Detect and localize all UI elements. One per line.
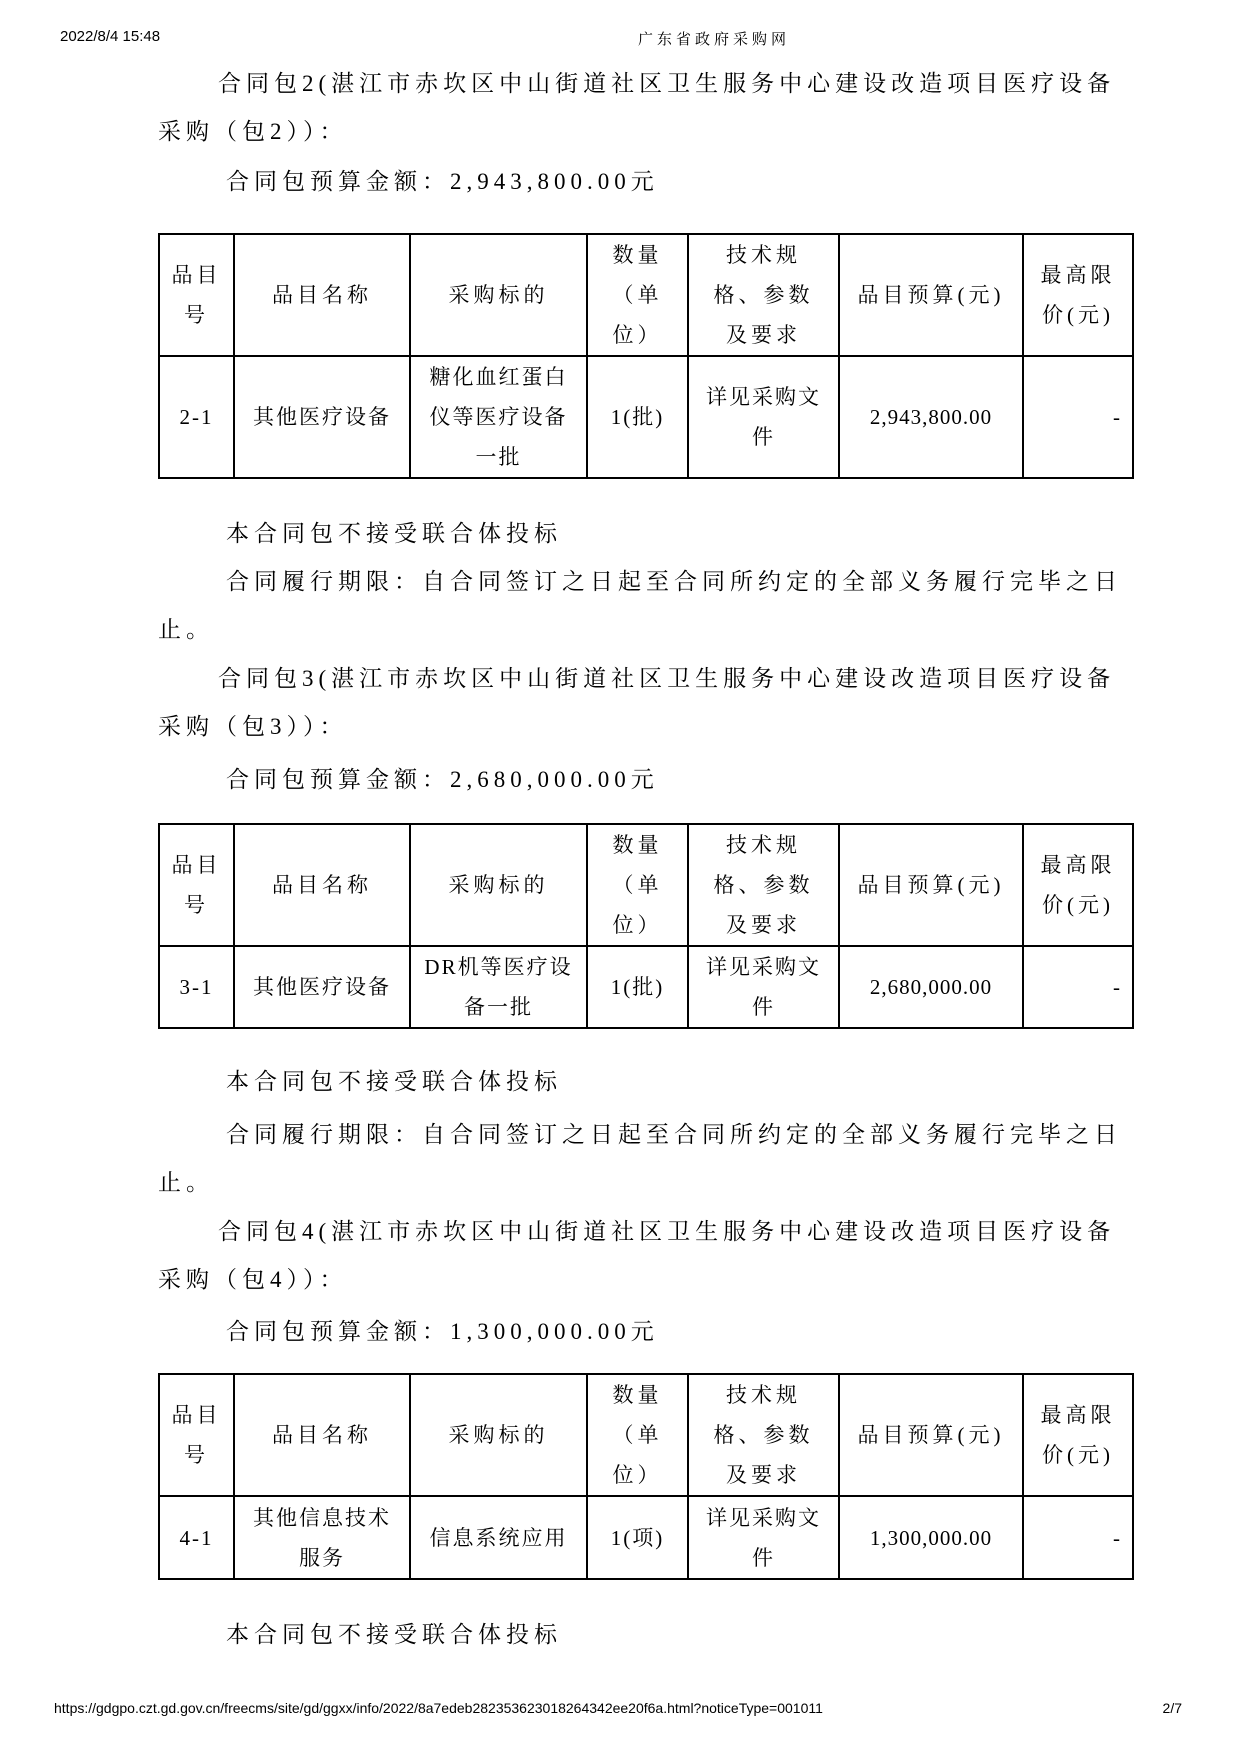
package4-budget: 合同包预算金额：1,300,000.00元 (158, 1308, 1143, 1356)
cell-item-name: 其他医疗设备 (234, 946, 410, 1028)
print-page-number: 2/7 (1163, 1700, 1182, 1716)
cell-item-no: 2-1 (159, 356, 234, 478)
cell-quantity: 1(批) (587, 356, 688, 478)
cell-subject: 信息系统应用 (410, 1496, 587, 1579)
cell-price-limit: - (1023, 1496, 1133, 1579)
cell-budget: 1,300,000.00 (839, 1496, 1023, 1579)
package2-no-consortium-note: 本合同包不接受联合体投标 (158, 510, 1143, 558)
col-header-price-limit: 最高限 价(元) (1023, 824, 1133, 946)
package3-no-consortium-note: 本合同包不接受联合体投标 (158, 1058, 1143, 1106)
col-header-quantity: 数量 （单 位） (587, 1374, 688, 1496)
col-header-spec: 技术规 格、参数 及要求 (688, 234, 839, 356)
col-header-price-limit: 最高限 价(元) (1023, 234, 1133, 356)
col-header-item-name: 品目名称 (234, 234, 410, 356)
col-header-item-no: 品目 号 (159, 824, 234, 946)
cell-subject: DR机等医疗设 备一批 (410, 946, 587, 1028)
package2-performance-period: 合同履行期限：自合同签订之日起至合同所约定的全部义务履行完毕之日 止。 (158, 558, 1143, 654)
table-row: 4-1 其他信息技术 服务 信息系统应用 1(项) 详见采购文 件 1,300,… (159, 1496, 1133, 1579)
cell-quantity: 1(项) (587, 1496, 688, 1579)
package2-budget: 合同包预算金额：2,943,800.00元 (158, 158, 1143, 206)
col-header-budget: 品目预算(元) (839, 1374, 1023, 1496)
table-row: 2-1 其他医疗设备 糖化血红蛋白 仪等医疗设备 一批 1(批) 详见采购文 件… (159, 356, 1133, 478)
table-header-row: 品目 号 品目名称 采购标的 数量 （单 位） 技术规 格、参数 及要求 品目预… (159, 824, 1133, 946)
cell-spec: 详见采购文 件 (688, 946, 839, 1028)
package4-heading: 合同包4(湛江市赤坎区中山街道社区卫生服务中心建设改造项目医疗设备 采购（包4）… (158, 1208, 1143, 1304)
cell-item-no: 4-1 (159, 1496, 234, 1579)
col-header-subject: 采购标的 (410, 1374, 587, 1496)
package2-items-table: 品目 号 品目名称 采购标的 数量 （单 位） 技术规 格、参数 及要求 品目预… (158, 233, 1134, 479)
cell-price-limit: - (1023, 356, 1133, 478)
col-header-subject: 采购标的 (410, 234, 587, 356)
cell-spec: 详见采购文 件 (688, 356, 839, 478)
col-header-budget: 品目预算(元) (839, 234, 1023, 356)
table-header-row: 品目 号 品目名称 采购标的 数量 （单 位） 技术规 格、参数 及要求 品目预… (159, 234, 1133, 356)
col-header-spec: 技术规 格、参数 及要求 (688, 1374, 839, 1496)
col-header-quantity: 数量 （单 位） (587, 824, 688, 946)
package2-heading: 合同包2(湛江市赤坎区中山街道社区卫生服务中心建设改造项目医疗设备 采购（包2）… (158, 60, 1143, 156)
col-header-item-name: 品目名称 (234, 1374, 410, 1496)
col-header-item-name: 品目名称 (234, 824, 410, 946)
cell-budget: 2,943,800.00 (839, 356, 1023, 478)
col-header-spec: 技术规 格、参数 及要求 (688, 824, 839, 946)
cell-spec: 详见采购文 件 (688, 1496, 839, 1579)
package3-performance-period: 合同履行期限：自合同签订之日起至合同所约定的全部义务履行完毕之日 止。 (158, 1111, 1143, 1207)
table-row: 3-1 其他医疗设备 DR机等医疗设 备一批 1(批) 详见采购文 件 2,68… (159, 946, 1133, 1028)
site-title: 广东省政府采购网 (638, 28, 790, 49)
col-header-item-no: 品目 号 (159, 234, 234, 356)
printed-document-page: 2022/8/4 15:48 广东省政府采购网 合同包2(湛江市赤坎区中山街道社… (0, 0, 1240, 1754)
package3-budget: 合同包预算金额：2,680,000.00元 (158, 756, 1143, 804)
col-header-item-no: 品目 号 (159, 1374, 234, 1496)
table-header-row: 品目 号 品目名称 采购标的 数量 （单 位） 技术规 格、参数 及要求 品目预… (159, 1374, 1133, 1496)
package3-heading: 合同包3(湛江市赤坎区中山街道社区卫生服务中心建设改造项目医疗设备 采购（包3）… (158, 655, 1143, 751)
print-timestamp: 2022/8/4 15:48 (60, 28, 160, 45)
cell-quantity: 1(批) (587, 946, 688, 1028)
col-header-subject: 采购标的 (410, 824, 587, 946)
cell-price-limit: - (1023, 946, 1133, 1028)
col-header-budget: 品目预算(元) (839, 824, 1023, 946)
package4-items-table: 品目 号 品目名称 采购标的 数量 （单 位） 技术规 格、参数 及要求 品目预… (158, 1373, 1134, 1580)
cell-budget: 2,680,000.00 (839, 946, 1023, 1028)
col-header-quantity: 数量 （单 位） (587, 234, 688, 356)
package3-items-table: 品目 号 品目名称 采购标的 数量 （单 位） 技术规 格、参数 及要求 品目预… (158, 823, 1134, 1029)
cell-item-name: 其他信息技术 服务 (234, 1496, 410, 1579)
col-header-price-limit: 最高限 价(元) (1023, 1374, 1133, 1496)
package4-no-consortium-note: 本合同包不接受联合体投标 (158, 1611, 1143, 1659)
cell-subject: 糖化血红蛋白 仪等医疗设备 一批 (410, 356, 587, 478)
print-source-url: https://gdgpo.czt.gd.gov.cn/freecms/site… (54, 1700, 823, 1716)
cell-item-no: 3-1 (159, 946, 234, 1028)
cell-item-name: 其他医疗设备 (234, 356, 410, 478)
